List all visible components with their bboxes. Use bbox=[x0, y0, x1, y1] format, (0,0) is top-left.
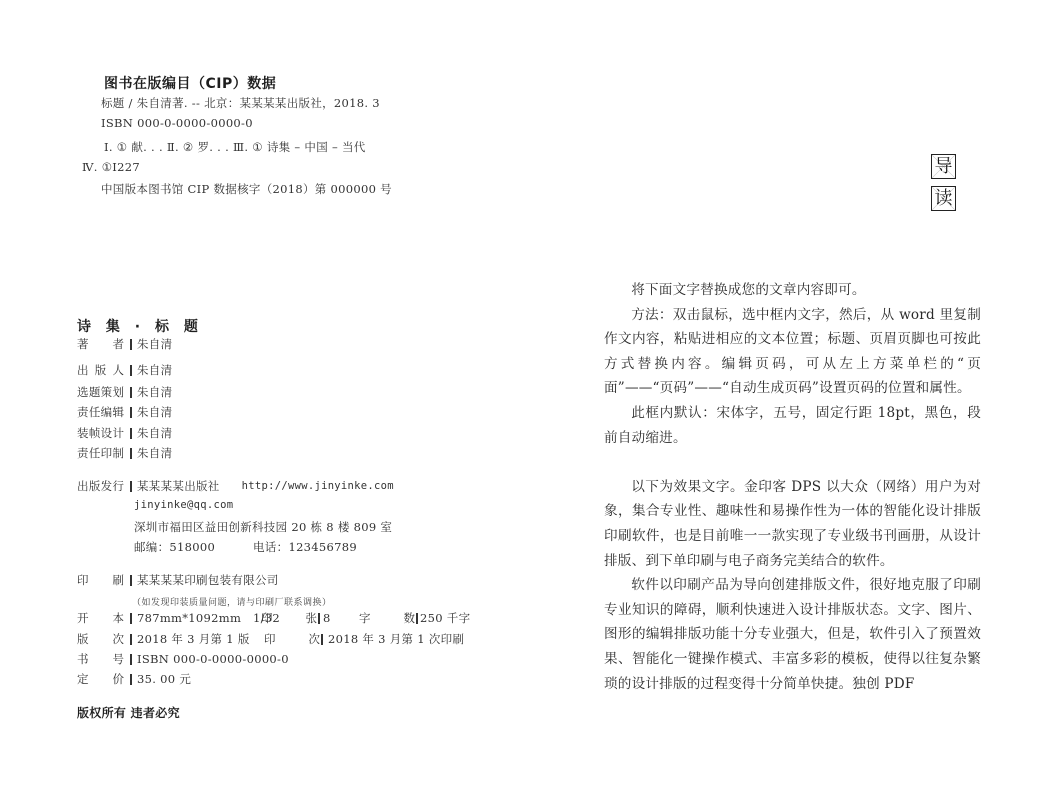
guide-char-box: 读 bbox=[931, 186, 956, 211]
publisher-address: 深圳市福田区益田创新科技园 20 栋 8 楼 809 室 bbox=[134, 519, 392, 535]
isbn-value: ISBN 000-0-0000-0000-0 bbox=[137, 652, 289, 666]
book-title: 诗 集 · 标 题 bbox=[77, 316, 203, 336]
separator-bar bbox=[130, 634, 132, 645]
format-value: 787mm*1092mm 1/32 bbox=[137, 610, 234, 626]
credit-label: 责任印制 bbox=[77, 445, 124, 461]
guide-char: 读 bbox=[935, 190, 953, 208]
cip-line-isbn: ISBN 000-0-0000-0000-0 bbox=[101, 116, 253, 130]
separator-bar bbox=[130, 407, 132, 418]
price-value: 35. 00 元 bbox=[137, 671, 191, 687]
printer-note: （如发现印装质量问题，请与印刷厂联系调换） bbox=[132, 595, 332, 608]
separator-bar bbox=[130, 575, 132, 586]
spec-row-price: 定价 35. 00 元 bbox=[77, 671, 191, 687]
publisher-label: 出版发行 bbox=[77, 478, 124, 494]
edition-value: 2018 年 3 月第 1 版 bbox=[137, 631, 245, 647]
sheets-label: 印张 bbox=[261, 610, 317, 626]
credit-value: 朱自清 bbox=[137, 384, 172, 400]
credit-label: 装帧设计 bbox=[77, 425, 124, 441]
body-paragraph: 此框内默认：宋体字，五号，固定行距 18pt，黑色，段前自动缩进。 bbox=[604, 401, 981, 450]
credit-label: 出版人 bbox=[77, 362, 124, 378]
cip-line-class-number: Ⅳ. ①I227 bbox=[82, 160, 140, 174]
credit-value: 朱自清 bbox=[137, 362, 172, 378]
printer-label: 印刷 bbox=[77, 572, 124, 588]
credit-value: 朱自清 bbox=[137, 404, 172, 420]
isbn-label: 书号 bbox=[77, 651, 124, 667]
separator-bar bbox=[130, 387, 132, 398]
printer-name: 某某某某印刷包装有限公司 bbox=[137, 572, 279, 588]
words-value: 250 千字 bbox=[420, 610, 470, 626]
credit-row-design: 装帧设计 朱自清 bbox=[77, 425, 172, 441]
publisher-email[interactable]: jinyinke@qq.com bbox=[134, 499, 233, 511]
price-label: 定价 bbox=[77, 671, 124, 687]
guide-char: 导 bbox=[935, 158, 953, 176]
cip-line-classification: Ⅰ. ① 献. . . Ⅱ. ② 罗. . . Ⅲ. ① 诗集 – 中国 – 当… bbox=[104, 139, 366, 155]
cip-title: 图书在版编目（CIP）数据 bbox=[104, 73, 276, 93]
cip-line-cip-number: 中国版本图书馆 CIP 数据核字（2018）第 000000 号 bbox=[101, 181, 392, 197]
sheets-value: 8 bbox=[323, 611, 349, 625]
credit-label: 著者 bbox=[77, 336, 124, 352]
body-paragraph: 以下为效果文字。金印客 DPS 以大众（网络）用户为对象，集合专业性、趣味性和易… bbox=[604, 475, 981, 573]
publisher-website[interactable]: http://www.jinyinke.com bbox=[242, 480, 394, 492]
printing-value: 2018 年 3 月第 1 次印刷 bbox=[328, 631, 464, 647]
separator-bar bbox=[416, 613, 418, 624]
separator-bar bbox=[130, 365, 132, 376]
separator-bar bbox=[130, 674, 132, 685]
credit-value: 朱自清 bbox=[137, 445, 172, 461]
separator-bar bbox=[130, 428, 132, 439]
credit-row-publisher: 出版人 朱自清 bbox=[77, 362, 172, 378]
phone-label: 电话： bbox=[253, 540, 288, 554]
printer-row: 印刷 某某某某印刷包装有限公司 bbox=[77, 572, 279, 588]
printing-label: 印次 bbox=[264, 631, 320, 647]
separator-bar bbox=[318, 613, 320, 624]
body-paragraph: 方法：双击鼠标，选中框内文字，然后，从 word 里复制作文内容，粘贴进相应的文… bbox=[604, 303, 981, 401]
publisher-contact: 邮编：518000 电话：123456789 bbox=[134, 539, 357, 555]
credit-label: 责任编辑 bbox=[77, 404, 124, 420]
credit-row-author: 著者 朱自清 bbox=[77, 336, 172, 352]
credit-value: 朱自清 bbox=[137, 425, 172, 441]
postcode-value: 518000 bbox=[169, 540, 215, 554]
publisher-row: 出版发行 某某某某出版社 http://www.jinyinke.com bbox=[77, 478, 394, 494]
separator-bar bbox=[130, 481, 132, 492]
separator-bar bbox=[130, 613, 132, 624]
publisher-name: 某某某某出版社 bbox=[137, 478, 220, 494]
copyright-notice: 版权所有 违者必究 bbox=[77, 704, 180, 721]
separator-bar bbox=[321, 634, 323, 645]
guide-char-box: 导 bbox=[931, 154, 956, 179]
cip-line-title: 标题 / 朱自清著. -- 北京：某某某某出版社，2018. 3 bbox=[101, 95, 380, 111]
separator-bar bbox=[130, 654, 132, 665]
words-label: 字数 bbox=[359, 610, 415, 626]
phone-value: 123456789 bbox=[288, 540, 357, 554]
credit-value: 朱自清 bbox=[137, 336, 172, 352]
separator-bar bbox=[130, 448, 132, 459]
spec-row-isbn: 书号 ISBN 000-0-0000-0000-0 bbox=[77, 651, 289, 667]
body-paragraph: 软件以印刷产品为导向创建排版文件，很好地克服了印刷专业知识的障碍，顺利快速进入设… bbox=[604, 573, 981, 696]
spec-row-format: 开本 787mm*1092mm 1/32 印张 8 字数 250 千字 bbox=[77, 610, 470, 626]
format-label: 开本 bbox=[77, 610, 124, 626]
separator-bar bbox=[130, 339, 132, 350]
body-text-column: 将下面文字替换成您的文章内容即可。 方法：双击鼠标，选中框内文字，然后，从 wo… bbox=[604, 278, 981, 696]
postcode-label: 邮编： bbox=[134, 540, 169, 554]
spec-row-edition: 版次 2018 年 3 月第 1 版 印次 2018 年 3 月第 1 次印刷 bbox=[77, 631, 464, 647]
credit-row-editor: 责任编辑 朱自清 bbox=[77, 404, 172, 420]
credit-label: 选题策划 bbox=[77, 384, 124, 400]
body-paragraph: 将下面文字替换成您的文章内容即可。 bbox=[604, 278, 981, 303]
edition-label: 版次 bbox=[77, 631, 124, 647]
credit-row-printing-manager: 责任印制 朱自清 bbox=[77, 445, 172, 461]
credit-row-planning: 选题策划 朱自清 bbox=[77, 384, 172, 400]
